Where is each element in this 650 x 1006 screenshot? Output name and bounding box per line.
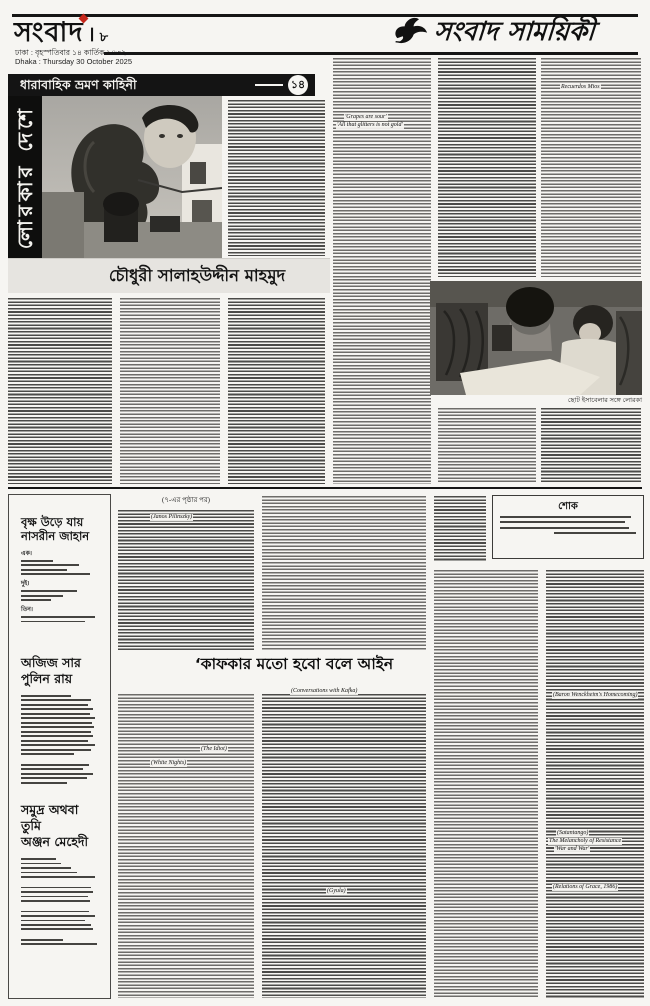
fragment-melancholy: The Melancholy of Resistance (548, 838, 622, 845)
masthead-logo: সংবাদ (14, 17, 84, 48)
poetry-box: বৃক্ষ উড়ে যায় নাসরীন জাহান এক। দুই। তি… (8, 494, 111, 999)
notice-title: শোক (500, 501, 636, 513)
fragment-baron: (Baron Wenckheim's Homecoming) (552, 692, 638, 699)
section-title: সংবাদ সাময়িকী (433, 17, 596, 47)
stanza-label: এক। (21, 550, 101, 558)
text-column (434, 570, 538, 998)
fragment-grace: (Relations of Grace, 1986) (552, 884, 618, 891)
fragment-white-nights: (White Nights) (150, 760, 187, 767)
feature-title-vertical: লোরকার দেশে (9, 105, 42, 249)
poem-poet: পুলিন রায় (21, 671, 101, 687)
section-masthead: সংবাদ সাময়িকী (392, 13, 644, 51)
text-column (118, 694, 254, 998)
article-headline: ‘কাফকার মতো হবো বলে আইন (160, 656, 428, 686)
text-column (434, 496, 486, 562)
poem-title: অজিজ সার (21, 655, 101, 671)
episode-badge: ১৪ (288, 75, 308, 95)
fragment-war: 'War and War' (554, 846, 590, 853)
text-column (120, 298, 220, 484)
continuation-note: (৭-এর পৃষ্ঠার পর) (118, 496, 254, 505)
bird-icon (392, 14, 428, 51)
stanza-label: তিন। (21, 606, 101, 614)
masthead-separator: । (88, 22, 96, 46)
fragment-gyula: (Gyula) (326, 888, 347, 895)
stanza-label: দুই। (21, 580, 101, 588)
poem-title: বৃক্ষ উড়ে যায় (21, 515, 101, 529)
text-column (546, 570, 644, 998)
text-column (118, 510, 254, 652)
notice-box: শোক (492, 495, 644, 559)
text-column (438, 408, 536, 484)
masthead-page-number: ৮ (100, 30, 108, 45)
fragment-conversations: (Conversations with Kafka) (290, 688, 358, 695)
text-column (438, 58, 536, 277)
text-column (228, 298, 325, 484)
fragment-grapes: 'Grapes are sour' (344, 114, 388, 121)
feature-photo (42, 96, 222, 258)
article-photo (430, 281, 642, 395)
text-column (262, 496, 426, 650)
photo-caption: ছোট ইসাবেলার সঙ্গে লোরকা (430, 397, 642, 405)
byline-band: চৌধুরী সালাহউদ্দীন মাহমুদ (8, 258, 330, 293)
fragment-recuerdos: Recuerdos Mios (560, 84, 601, 91)
vertical-title-strip: লোরকার দেশে (8, 96, 42, 258)
fragment-pilinszky: (Janos Pilinszky) (150, 514, 193, 521)
mid-rule (104, 52, 638, 55)
dateline-en: Dhaka : Thursday 30 October 2025 (15, 57, 185, 66)
dateline: ঢাকা : বৃহস্পতিবার ১৪ কার্তিক ১৪৩২ Dhaka… (15, 48, 185, 66)
fragment-satantango: (Satantango) (556, 830, 589, 837)
poem-poet: নাসরীন জাহান (21, 529, 101, 543)
fragment-glitters: 'All that glitters is not gold' (336, 122, 404, 129)
masthead: সংবাদ । ৮ (14, 19, 108, 49)
text-column (262, 694, 426, 998)
text-column (228, 100, 325, 256)
fragment-idiot: (The Idiot) (200, 746, 228, 753)
newspaper-page: সংবাদ । ৮ ঢাকা : বৃহস্পতিবার ১৪ কার্তিক … (0, 0, 650, 1006)
kicker-dash (255, 84, 283, 86)
feature-byline: চৌধুরী সালাহউদ্দীন মাহমুদ (8, 259, 330, 292)
poem-poet: অঞ্জন মেহেদী (21, 834, 101, 850)
section-divider (8, 487, 642, 489)
text-column (541, 408, 641, 484)
text-column (8, 298, 112, 484)
feature-kicker-bar: ধারাবাহিক ভ্রমণ কাহিনী ১৪ (8, 74, 315, 96)
poem-title: সমুদ্র অথবা তুমি (21, 802, 101, 834)
